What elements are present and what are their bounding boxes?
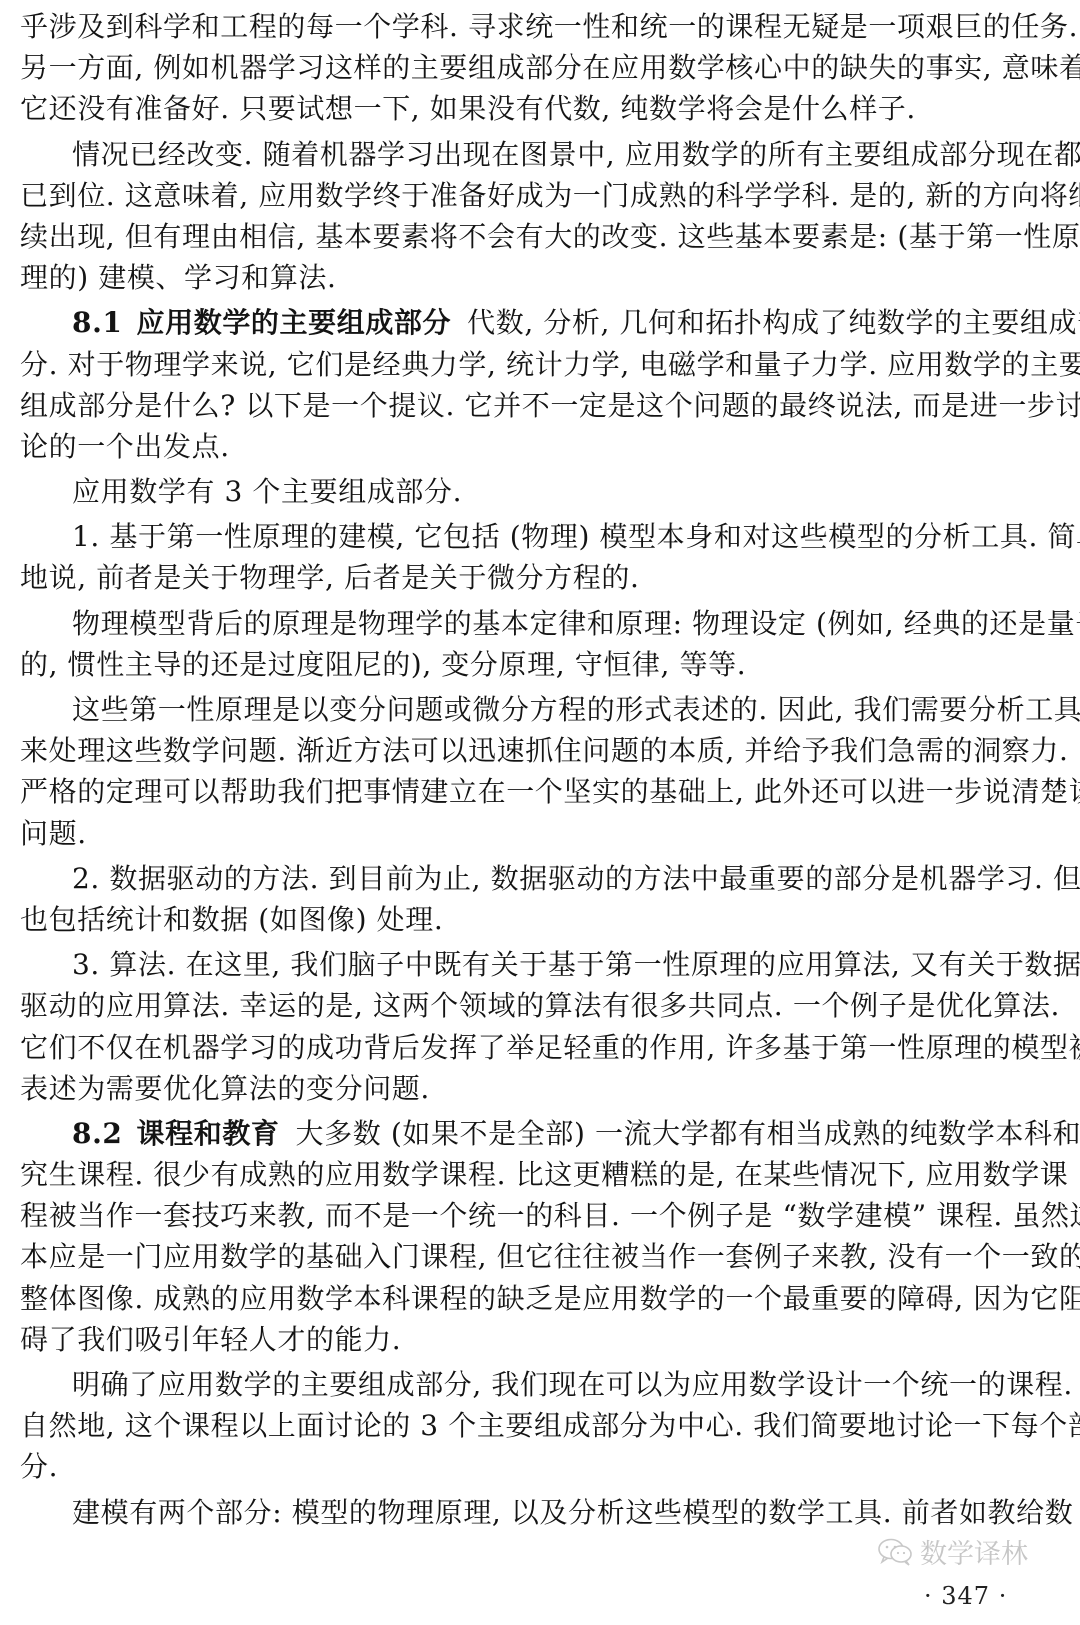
- text-line: 8.1 应用数学的主要组成部分 代数, 分析, 几何和拓扑构成了纯数学的主要组成…: [20, 302, 1060, 343]
- text-line: 8.2 课程和教育 大多数 (如果不是全部) 一流大学都有相当成熟的纯数学本科和…: [20, 1113, 1060, 1154]
- page-number: · 347 ·: [924, 1582, 1007, 1610]
- paragraph: 应用数学有 3 个主要组成部分.: [20, 471, 1060, 512]
- section-number: 8.1: [72, 302, 123, 343]
- text-line: 论的一个出发点.: [20, 426, 1060, 467]
- section-number: 8.2: [72, 1113, 123, 1154]
- section-lead-text: 大多数 (如果不是全部) 一流大学都有相当成熟的纯数学本科和研: [296, 1113, 1080, 1154]
- text-line: 应用数学有 3 个主要组成部分.: [20, 471, 1060, 512]
- text-line: 1. 基于第一性原理的建模, 它包括 (物理) 模型本身和对这些模型的分析工具.…: [20, 516, 1060, 557]
- section-8-1: 8.1 应用数学的主要组成部分 代数, 分析, 几何和拓扑构成了纯数学的主要组成…: [20, 302, 1060, 467]
- text-line: 另一方面, 例如机器学习这样的主要组成部分在应用数学核心中的缺失的事实, 意味着: [20, 47, 1060, 88]
- text-line: 本应是一门应用数学的基础入门课程, 但它往往被当作一套例子来教, 没有一个一致的: [20, 1236, 1060, 1277]
- section-heading: 应用数学的主要组成部分: [137, 302, 452, 343]
- list-item-3: 3. 算法. 在这里, 我们脑子中既有关于基于第一性原理的应用算法, 又有关于数…: [20, 944, 1060, 1109]
- paragraph: 情况已经改变. 随着机器学习出现在图景中, 应用数学的所有主要组成部分现在都 已…: [20, 134, 1060, 299]
- text-line: 情况已经改变. 随着机器学习出现在图景中, 应用数学的所有主要组成部分现在都: [20, 134, 1060, 175]
- paragraph: 建模有两个部分: 模型的物理原理, 以及分析这些模型的数学工具. 前者如教给数: [20, 1492, 1060, 1533]
- text-line: 已到位. 这意味着, 应用数学终于准备好成为一门成熟的科学学科. 是的, 新的方…: [20, 175, 1060, 216]
- paragraph: 乎涉及到科学和工程的每一个学科. 寻求统一性和统一的课程无疑是一项艰巨的任务. …: [20, 6, 1060, 130]
- text-line: 建模有两个部分: 模型的物理原理, 以及分析这些模型的数学工具. 前者如教给数: [20, 1492, 1060, 1533]
- text-line: 究生课程. 很少有成熟的应用数学课程. 比这更糟糕的是, 在某些情况下, 应用数…: [20, 1154, 1060, 1195]
- text-line: 程被当作一套技巧来教, 而不是一个统一的科目. 一个例子是 “数学建模” 课程.…: [20, 1195, 1060, 1236]
- text-line: 地说, 前者是关于物理学, 后者是关于微分方程的.: [20, 557, 1060, 598]
- text-line: 来处理这些数学问题. 渐近方法可以迅速抓住问题的本质, 并给予我们急需的洞察力.: [20, 730, 1060, 771]
- watermark-text: 数学译林: [920, 1532, 1028, 1571]
- text-line: 理的) 建模、学习和算法.: [20, 257, 1060, 298]
- paragraph: 这些第一性原理是以变分问题或微分方程的形式表述的. 因此, 我们需要分析工具 来…: [20, 689, 1060, 854]
- text-line: 2. 数据驱动的方法. 到目前为止, 数据驱动的方法中最重要的部分是机器学习. …: [20, 858, 1060, 899]
- text-line: 明确了应用数学的主要组成部分, 我们现在可以为应用数学设计一个统一的课程.: [20, 1364, 1060, 1405]
- text-line: 组成部分是什么? 以下是一个提议. 它并不一定是这个问题的最终说法, 而是进一步…: [20, 385, 1060, 426]
- document-page: 乎涉及到科学和工程的每一个学科. 寻求统一性和统一的课程无疑是一项艰巨的任务. …: [20, 6, 1060, 1533]
- text-line: 物理模型背后的原理是物理学的基本定律和原理: 物理设定 (例如, 经典的还是量子: [20, 603, 1060, 644]
- text-line: 表述为需要优化算法的变分问题.: [20, 1068, 1060, 1109]
- text-line: 严格的定理可以帮助我们把事情建立在一个坚实的基础上, 此外还可以进一步说清楚该: [20, 771, 1060, 812]
- wechat-icon: [876, 1537, 916, 1567]
- text-line: 也包括统计和数据 (如图像) 处理.: [20, 899, 1060, 940]
- text-line: 乎涉及到科学和工程的每一个学科. 寻求统一性和统一的课程无疑是一项艰巨的任务.: [20, 6, 1060, 47]
- text-line: 分.: [20, 1446, 1060, 1487]
- text-line: 自然地, 这个课程以上面讨论的 3 个主要组成部分为中心. 我们简要地讨论一下每…: [20, 1405, 1060, 1446]
- text-line: 整体图像. 成熟的应用数学本科课程的缺乏是应用数学的一个最重要的障碍, 因为它阻: [20, 1278, 1060, 1319]
- list-item-1: 1. 基于第一性原理的建模, 它包括 (物理) 模型本身和对这些模型的分析工具.…: [20, 516, 1060, 598]
- text-line: 它们不仅在机器学习的成功背后发挥了举足轻重的作用, 许多基于第一性原理的模型被: [20, 1027, 1060, 1068]
- section-lead-text: 代数, 分析, 几何和拓扑构成了纯数学的主要组成部: [467, 302, 1080, 343]
- text-line: 碍了我们吸引年轻人才的能力.: [20, 1319, 1060, 1360]
- text-line: 问题.: [20, 813, 1060, 854]
- text-line: 续出现, 但有理由相信, 基本要素将不会有大的改变. 这些基本要素是: (基于第…: [20, 216, 1060, 257]
- section-8-2: 8.2 课程和教育 大多数 (如果不是全部) 一流大学都有相当成熟的纯数学本科和…: [20, 1113, 1060, 1360]
- paragraph: 物理模型背后的原理是物理学的基本定律和原理: 物理设定 (例如, 经典的还是量子…: [20, 603, 1060, 685]
- text-line: 驱动的应用算法. 幸运的是, 这两个领域的算法有很多共同点. 一个例子是优化算法…: [20, 985, 1060, 1026]
- text-line: 3. 算法. 在这里, 我们脑子中既有关于基于第一性原理的应用算法, 又有关于数…: [20, 944, 1060, 985]
- list-item-2: 2. 数据驱动的方法. 到目前为止, 数据驱动的方法中最重要的部分是机器学习. …: [20, 858, 1060, 940]
- section-heading: 课程和教育: [137, 1113, 280, 1154]
- text-line: 分. 对于物理学来说, 它们是经典力学, 统计力学, 电磁学和量子力学. 应用数…: [20, 344, 1060, 385]
- watermark: 数学译林: [876, 1532, 1028, 1571]
- paragraph: 明确了应用数学的主要组成部分, 我们现在可以为应用数学设计一个统一的课程. 自然…: [20, 1364, 1060, 1488]
- text-line: 的, 惯性主导的还是过度阻尼的), 变分原理, 守恒律, 等等.: [20, 644, 1060, 685]
- text-line: 它还没有准备好. 只要试想一下, 如果没有代数, 纯数学将会是什么样子.: [20, 88, 1060, 129]
- text-line: 这些第一性原理是以变分问题或微分方程的形式表述的. 因此, 我们需要分析工具: [20, 689, 1060, 730]
